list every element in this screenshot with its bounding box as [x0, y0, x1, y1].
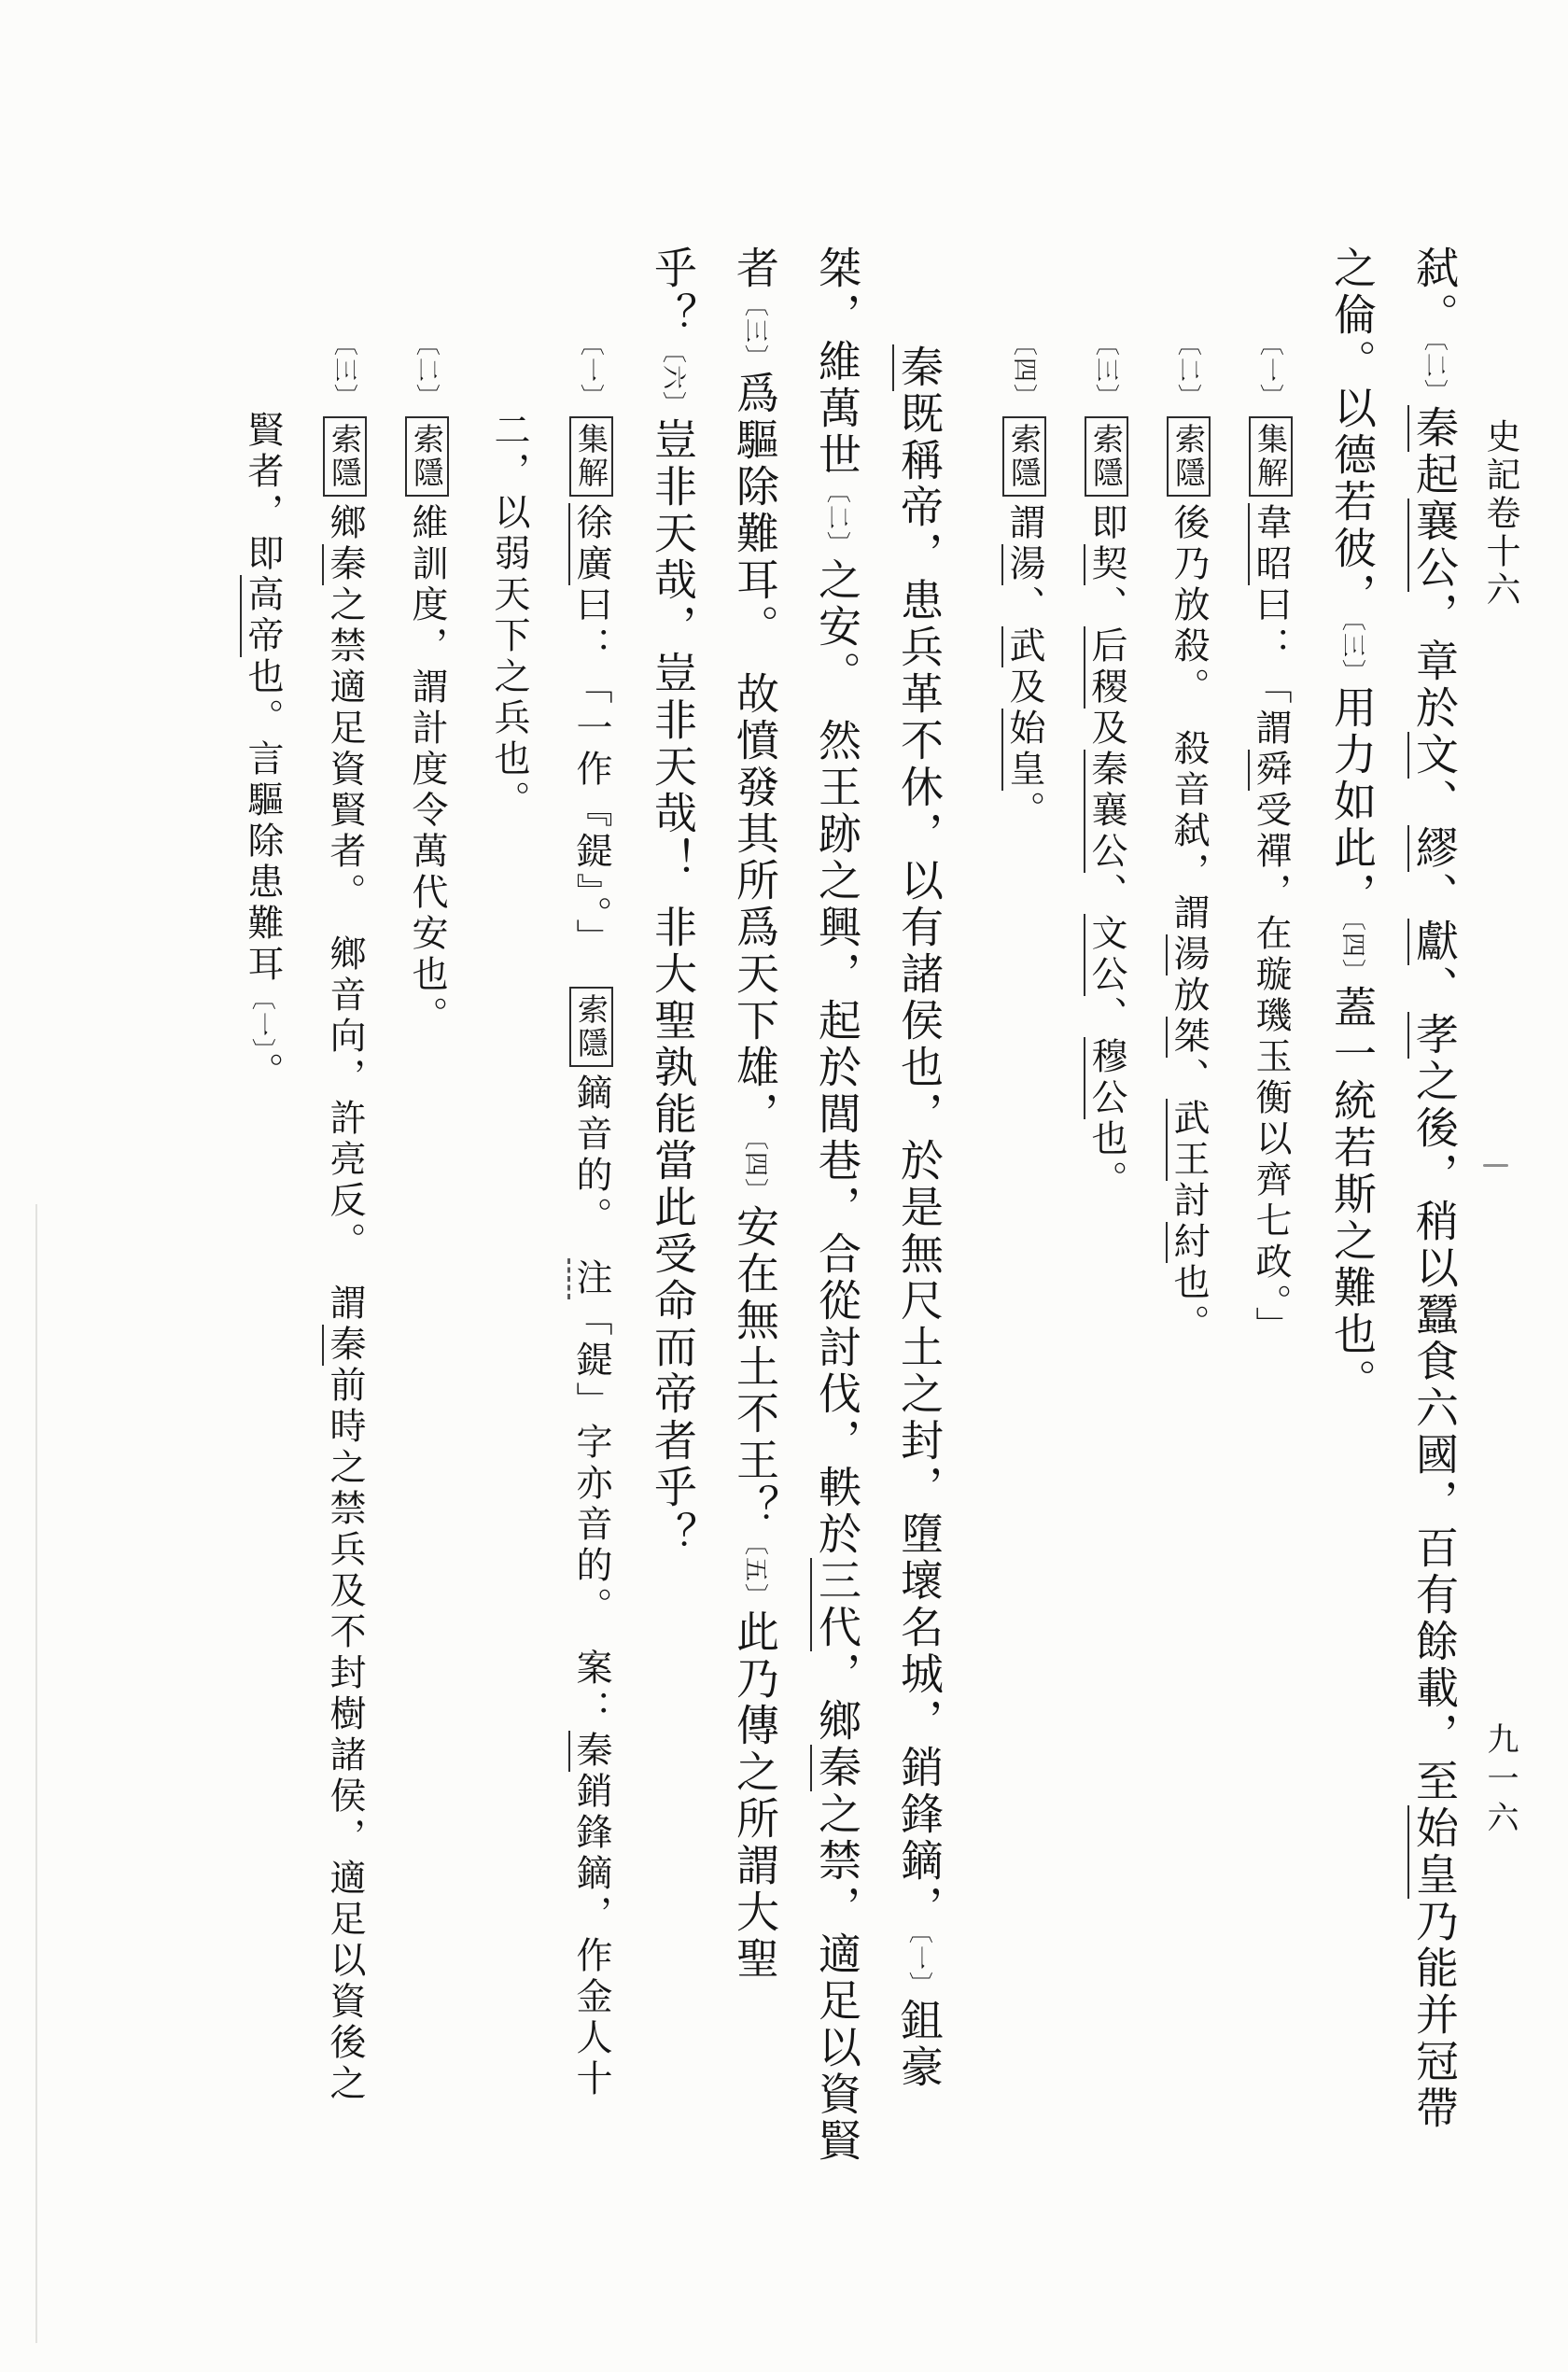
page-number: 九一六: [1480, 1722, 1519, 1840]
proper-name-marked-text: 秦: [892, 344, 945, 391]
text-run: 之後，稍以蠶食六國，百有餘載，至: [1409, 1059, 1460, 1805]
text-run: 然王跡之興，起於閭巷，合從討伐，軼於: [812, 718, 862, 1558]
text-run: 、: [1085, 996, 1127, 1037]
text-run: 、: [1409, 779, 1460, 825]
proper-name-marked-text: 紂: [1166, 1222, 1210, 1263]
commentary-label: 索隱: [1002, 416, 1046, 497]
text-run: 之禁，適足以資賢: [812, 1791, 862, 2165]
text-gap: [343, 914, 345, 934]
commentary-label: 索隱: [405, 416, 449, 497]
text-gap: [754, 651, 756, 671]
text-run: 曰：「一作『鍉』。」: [570, 585, 612, 960]
proper-name-marked-text: 穆公: [1084, 1037, 1127, 1119]
text-run: ，鄉: [812, 1651, 862, 1745]
book-title-marked-text: 注: [567, 1258, 612, 1299]
note-marker: 〔三〕: [1092, 331, 1120, 410]
text-column: 秦既稱帝，患兵革不休，以有諸侯也，於是無尺土之封，墮壞名城，銷鋒鏑，〔一〕鉏豪: [892, 344, 946, 2091]
text-run: 乃能并冠帶: [1409, 1899, 1460, 2132]
proper-name-marked-text: 襄公: [1407, 498, 1460, 592]
text-column: 〔一〕集解徐廣曰：「一作『鍉』。」索隱鏑音的。注「鍉」字亦音的。案：秦銷鋒鏑，作…: [564, 331, 618, 2100]
proper-name-marked-text: 秦: [322, 544, 366, 585]
text-gap: [672, 884, 674, 905]
text-column: 弑。〔二〕秦起襄公，章於文、繆、獻、孝之後，稍以蠶食六國，百有餘載，至始皇乃能并…: [1407, 246, 1462, 2132]
text-run: 、: [1003, 585, 1045, 626]
text-run: 、: [1168, 1058, 1210, 1099]
text-gap: [590, 960, 592, 980]
text-run: 之倫。以德若彼，: [1327, 246, 1378, 619]
proper-name-marked-text: 武王: [1166, 1099, 1210, 1181]
text-run: 之安。: [812, 557, 862, 697]
text-run: 、: [1085, 873, 1127, 914]
text-run: 也。言驅除患難耳: [242, 657, 284, 986]
text-run: 爲驅除難耳。: [730, 371, 780, 651]
proper-name-marked-text: 文公: [1084, 914, 1127, 996]
text-run: 。: [1003, 791, 1045, 832]
text-column: 之倫。以德若彼，〔三〕用力如此，〔四〕蓋一統若斯之難也。: [1325, 246, 1379, 1405]
text-run: 鄉: [324, 503, 366, 544]
proper-name-marked-text: 秦襄公: [1084, 750, 1127, 873]
note-marker: 〔一〕: [577, 331, 605, 410]
commentary-label: 集解: [1249, 416, 1293, 497]
text-run: 者: [730, 246, 780, 292]
text-run: 殺音弑，謂: [1168, 729, 1210, 934]
proper-name-marked-text: 始皇: [1407, 1805, 1460, 1899]
text-gap: [590, 1238, 592, 1258]
text-column: 〔四〕索隱謂湯、武及始皇。: [997, 331, 1051, 832]
note-marker: 〔六〕: [659, 339, 687, 417]
proper-name-marked-text: 契: [1084, 544, 1127, 585]
text-run: 既稱帝，患兵革不休，以有諸侯也，於是無尺土之封，墮壞名城，銷鋒鏑，: [894, 391, 945, 1931]
proper-name-marked-text: 秦: [810, 1745, 862, 1791]
text-column: 〔二〕索隱維訓度，謂計度令萬代安也。: [399, 331, 454, 1037]
text-run: 、: [1409, 872, 1460, 919]
text-run: 非大聖孰能當此受命而帝者乎？: [648, 905, 698, 1558]
proper-name-marked-text: 秦: [322, 1325, 366, 1366]
text-column: 者〔三〕爲驅除難耳。故憤發其所爲天下雄，〔四〕安在無土不王？〔五〕此乃傳之所謂大…: [728, 246, 782, 1983]
text-run: 安在無土不王？: [730, 1204, 780, 1531]
commentary-label: 索隱: [1167, 416, 1211, 497]
proper-name-marked-text: 湯: [1001, 544, 1045, 585]
text-run: 維訓度，謂計度令萬代安也。: [406, 503, 448, 1037]
note-marker: 〔三〕: [330, 331, 358, 410]
commentary-label: 索隱: [569, 987, 613, 1067]
note-marker: 〔五〕: [741, 1531, 769, 1609]
text-column: 二，以弱天下之兵也。: [482, 411, 536, 821]
proper-name-marked-text: 始皇: [1001, 709, 1045, 791]
proper-name-marked-text: 湯: [1166, 934, 1210, 975]
text-run: 起: [1409, 452, 1460, 498]
page-edge-shadow: [35, 1204, 37, 2343]
note-marker: 〔四〕: [1338, 919, 1366, 985]
proper-name-marked-text: 獻: [1407, 919, 1460, 965]
text-run: 二，以弱天下之兵也。: [488, 411, 530, 821]
book-page: 史記卷十六 九一六 弑。〔二〕秦起襄公，章於文、繆、獻、孝之後，稍以蠶食六國，百…: [0, 0, 1568, 2372]
commentary-label: 索隱: [323, 416, 367, 497]
proper-name-marked-text: 三代: [810, 1558, 862, 1651]
proper-name-marked-text: 秦: [1407, 405, 1460, 452]
text-run: 此乃傳之所謂大聖: [730, 1609, 780, 1983]
text-column: 〔一〕集解韋昭曰：「謂舜受禪，在璇璣玉衡以齊七政。」: [1243, 331, 1297, 1348]
proper-name-marked-text: 繆: [1407, 825, 1460, 872]
text-run: 也。: [1085, 1119, 1127, 1201]
note-marker: 〔一〕: [248, 986, 276, 1052]
text-column: 〔二〕索隱後乃放殺。殺音弑，謂湯放桀、武王討紂也。: [1161, 331, 1215, 1345]
note-marker: 〔四〕: [741, 1138, 769, 1204]
text-run: ，章於: [1409, 592, 1460, 732]
text-run: 鏑音的。: [570, 1074, 612, 1238]
text-run: 鄉音向，許亮反。: [324, 934, 366, 1263]
text-run: 、: [1409, 965, 1460, 1012]
proper-name-marked-text: 文: [1407, 732, 1460, 779]
text-run: 桀，維萬世: [812, 246, 862, 479]
text-column: 〔三〕索隱即契、后稷及秦襄公、文公、穆公也。: [1079, 331, 1133, 1201]
proper-name-marked-text: 高帝: [240, 575, 284, 657]
text-run: 之禁適足資賢者。: [324, 585, 366, 914]
text-column: 〔三〕索隱鄉秦之禁適足資賢者。鄉音向，許亮反。謂秦前時之禁兵及不封樹諸侯，適足以…: [317, 331, 371, 2105]
commentary-label: 索隱: [1085, 416, 1128, 497]
note-marker: 〔一〕: [905, 1931, 933, 1998]
text-column: 乎？〔六〕豈非天哉，豈非天哉！非大聖孰能當此受命而帝者乎？: [646, 246, 700, 1558]
text-run: 也。: [1168, 1263, 1210, 1345]
text-run: 曰：「謂: [1250, 585, 1292, 750]
text-run: 豈非天哉，豈非天哉！: [648, 417, 698, 884]
proper-name-marked-text: 后稷: [1084, 626, 1127, 709]
page-header-title: 史記卷十六: [1478, 418, 1521, 610]
proper-name-marked-text: 武: [1001, 626, 1045, 667]
text-run: 受禪，在璇璣玉衡以齊七政。」: [1250, 791, 1292, 1348]
margin-mark: [1483, 1164, 1508, 1167]
proper-name-marked-text: 秦: [568, 1731, 612, 1772]
text-gap: [590, 1628, 592, 1649]
note-marker: 〔二〕: [823, 479, 851, 557]
text-run: 前時之禁兵及不封樹諸侯，適足以資後之: [324, 1366, 366, 2105]
text-gap: [1187, 709, 1189, 729]
note-marker: 〔一〕: [1256, 331, 1284, 410]
text-run: 案：: [570, 1649, 612, 1731]
note-marker: 〔二〕: [1421, 339, 1449, 405]
text-column: 賢者，即高帝也。言驅除患難耳〔一〕。: [235, 411, 289, 1093]
proper-name-marked-text: 韋昭: [1248, 503, 1292, 585]
note-marker: 〔四〕: [1010, 331, 1038, 410]
note-marker: 〔三〕: [741, 292, 769, 371]
text-run: 。: [242, 1052, 284, 1093]
text-run: 鉏豪: [894, 1998, 945, 2091]
text-run: 蓋一統若斯之難也。: [1327, 985, 1378, 1405]
text-run: 、: [1085, 585, 1127, 626]
text-run: 銷鋒鏑，作金人十: [570, 1772, 612, 2100]
text-run: 謂: [324, 1284, 366, 1325]
proper-name-marked-text: 孝: [1407, 1012, 1460, 1059]
text-run: 乎？: [648, 246, 698, 339]
text-gap: [836, 697, 838, 718]
text-run: 故憤發其所爲天下雄，: [730, 671, 780, 1138]
note-marker: 〔二〕: [413, 331, 441, 410]
text-run: 及: [1003, 667, 1045, 709]
note-marker: 〔三〕: [1338, 619, 1366, 685]
text-run: 後乃放殺。: [1168, 503, 1210, 709]
text-run: 「鍉」字亦音的。: [570, 1299, 612, 1628]
text-column: 桀，維萬世〔二〕之安。然王跡之興，起於閭巷，合從討伐，軼於三代，鄉秦之禁，適足以…: [810, 246, 864, 2165]
text-run: 用力如此，: [1327, 685, 1378, 919]
text-run: 賢者，即: [242, 411, 284, 575]
text-run: 謂: [1003, 503, 1045, 544]
text-run: 及: [1085, 709, 1127, 750]
proper-name-marked-text: 徐廣: [568, 503, 612, 585]
note-marker: 〔二〕: [1174, 331, 1202, 410]
proper-name-marked-text: 桀: [1166, 1017, 1210, 1058]
commentary-label: 集解: [569, 416, 613, 497]
text-run: 即: [1085, 503, 1127, 544]
text-run: 弑。: [1409, 246, 1460, 339]
text-gap: [343, 1263, 345, 1284]
text-run: 放: [1168, 975, 1210, 1017]
proper-name-marked-text: 舜: [1248, 750, 1292, 791]
text-run: 討: [1168, 1181, 1210, 1222]
